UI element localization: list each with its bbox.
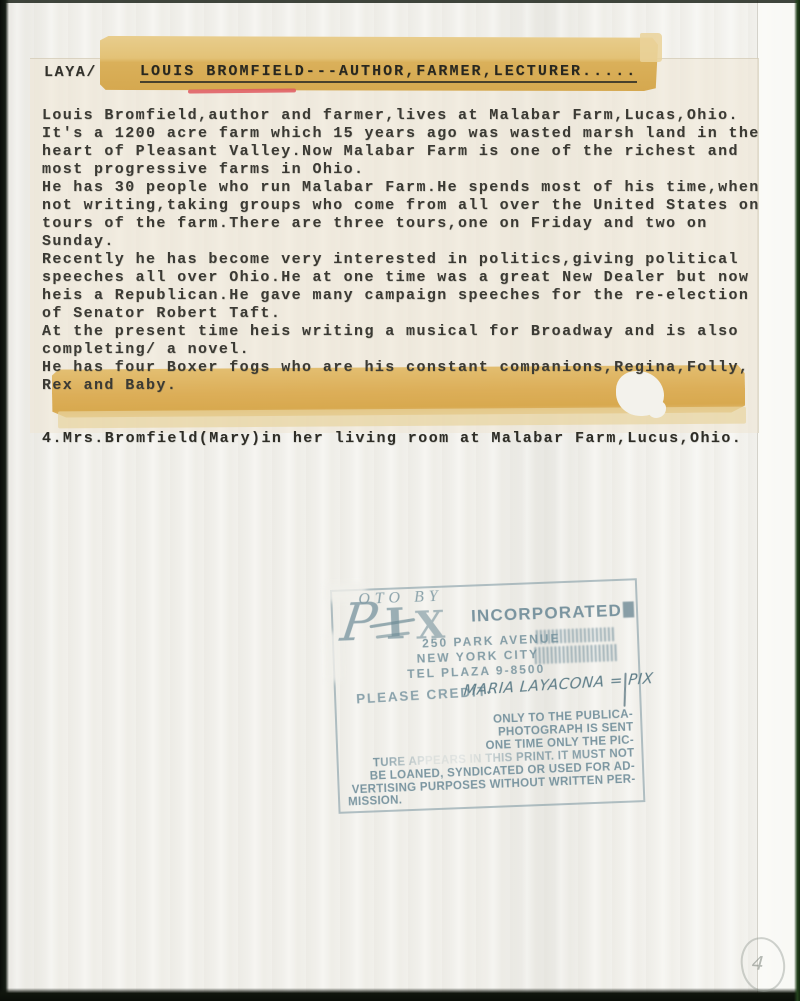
scan-edge-bottom: [0, 988, 800, 1001]
typed-line: He has four Boxer fogs who are his const…: [42, 359, 760, 377]
photo-caption: 4.Mrs.Bromfield(Mary)in her living room …: [42, 430, 742, 447]
ink-blot: [623, 601, 635, 617]
scan-edge-top: [0, 0, 800, 3]
document-title: LOUIS BROMFIELD---AUTHOR,FARMER,LECTURER…: [140, 63, 637, 83]
typed-line: heart of Pleasant Valley.Now Malabar Far…: [42, 143, 760, 161]
typed-body-text: Louis Bromfield,author and farmer,lives …: [42, 107, 760, 395]
ink-smudge: [536, 627, 616, 644]
typed-line: speeches all over Ohio.He at one time wa…: [42, 269, 760, 287]
pix-agency-stamp: OTO BY P I X INCORPORATED 250 PARK AVENU…: [330, 578, 645, 814]
typed-line: Sunday.: [42, 233, 760, 251]
typed-line: He has 30 people who run Malabar Farm.He…: [42, 179, 760, 197]
pen-stroke-mark: [624, 673, 627, 707]
typed-line: not writing,taking groups who come from …: [42, 197, 760, 215]
typed-line: of Senator Robert Taft.: [42, 305, 760, 323]
typed-line: Rex and Baby.: [42, 377, 760, 395]
typed-line: Recently he has become very interested i…: [42, 251, 760, 269]
tape-strip-top-tip: [640, 33, 662, 62]
page-number-digit: 4: [751, 952, 765, 975]
photographer-code: LAYA/: [44, 64, 97, 81]
reproduction-rights-text: ONLY TO THE PUBLICA- PHOTOGRAPH IS SENT …: [345, 708, 636, 809]
typed-line: most progressive farms in Ohio.: [42, 161, 760, 179]
ink-smudge: [534, 644, 619, 664]
typed-line: completing/ a novel.: [42, 341, 760, 359]
typed-line: heis a Republican.He gave many campaign …: [42, 287, 760, 305]
typed-line: At the present time heis writing a music…: [42, 323, 760, 341]
typed-line: It's a 1200 acre farm which 15 years ago…: [42, 125, 760, 143]
paper-right-margin: [757, 0, 795, 1001]
typed-line: Louis Bromfield,author and farmer,lives …: [42, 107, 760, 125]
incorporated-text: INCORPORATED: [471, 601, 623, 627]
scan-edge-left: [0, 0, 9, 1001]
pix-logo-letter-p: P: [337, 592, 380, 654]
photo-back-scan: LAYA/ LOUIS BROMFIELD---AUTHOR,FARMER,LE…: [0, 0, 800, 1001]
pix-logo: P I X: [340, 598, 342, 662]
typed-line: tours of the farm.There are three tours,…: [42, 215, 760, 233]
